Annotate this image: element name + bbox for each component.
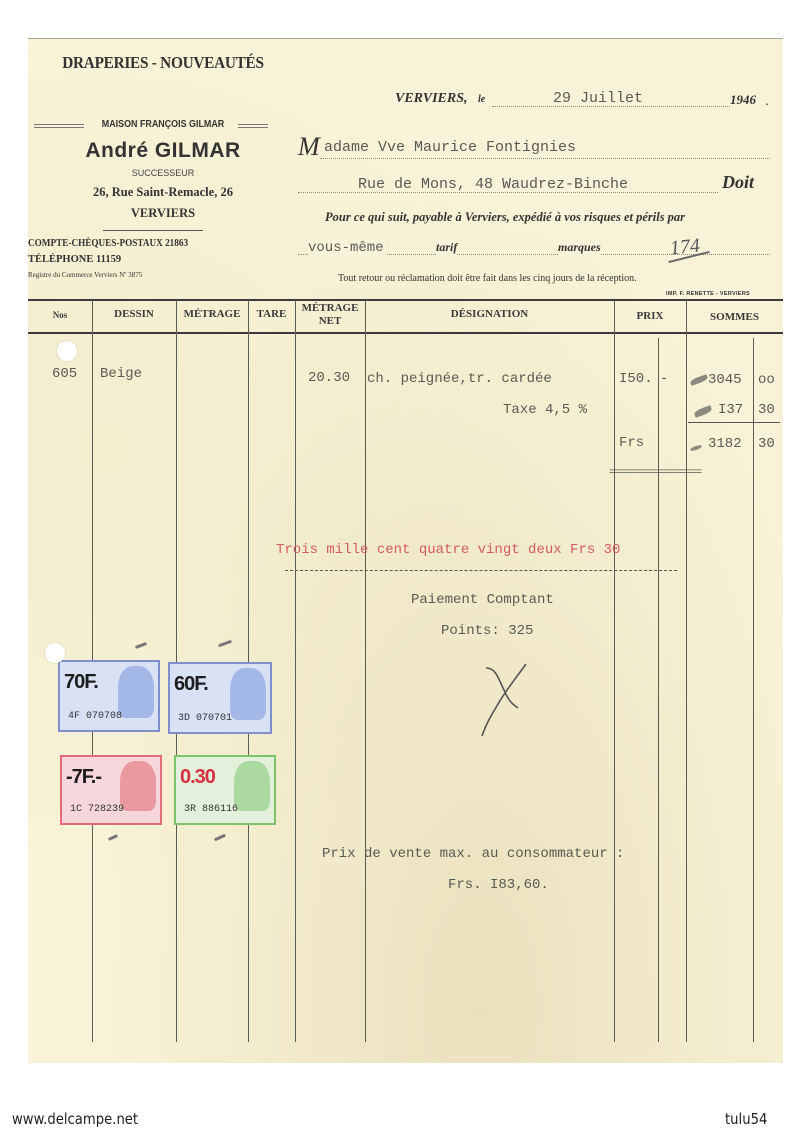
tax-sommes-cents: 30 [758, 402, 775, 418]
col-header-nos: Nos [28, 310, 92, 320]
total-label: Frs [619, 435, 644, 451]
shipping-via: vous-même [308, 240, 386, 256]
punch-hole [57, 341, 77, 361]
table-top-rule [28, 299, 783, 301]
successor-label: SUCCESSEUR [28, 168, 298, 178]
year-suffix: . [765, 92, 769, 108]
col-header-metrage: MÉTRAGE [176, 308, 248, 320]
revenue-stamp: 60F. 3D 070701 [168, 662, 272, 734]
stamp-value: 0.30 [180, 766, 215, 789]
doit-label: Doit [722, 172, 754, 193]
payment-method: Paiement Comptant [411, 592, 554, 608]
printer-credit: IMP. F. RENETTE - VERVIERS [666, 291, 750, 297]
divider [103, 230, 203, 231]
recipient-name: adame Vve Maurice Fontignies [324, 139, 576, 156]
col-divider [365, 300, 366, 1042]
recipient-address: Rue de Mons, 48 Waudrez-Binche [358, 176, 628, 193]
tax-label: Taxe 4,5 % [503, 402, 587, 418]
stamp-portrait-icon [230, 668, 266, 720]
invoice-year: 1946 [730, 92, 756, 108]
payment-terms: Pour ce qui suit, payable à Verviers, ex… [325, 210, 685, 225]
stamp-serial: 3R 886116 [184, 804, 238, 815]
letterhead-title: DRAPERIES - NOUVEAUTÉS [42, 53, 285, 73]
marques-label: marques [558, 240, 601, 255]
company-name: André GILMAR [28, 139, 298, 163]
cell-sommes: 3045 [708, 372, 742, 388]
stamp-portrait-icon [234, 761, 270, 811]
le-label: le [478, 94, 485, 105]
max-price-label: Prix de vente max. au consommateur : [322, 846, 624, 862]
col-divider [686, 300, 687, 1042]
stamp-serial: 4F 070708 [68, 711, 122, 722]
watermark-site: www.delcampe.net [12, 1110, 138, 1128]
tarif-label: tarif [436, 240, 457, 255]
col-subdivider [658, 338, 659, 1042]
stamp-portrait-icon [118, 666, 154, 718]
max-price-value: Frs. I83,60. [448, 877, 549, 893]
cell-sommes-cents: oo [758, 372, 775, 388]
punch-hole [45, 643, 65, 663]
tax-sommes: I37 [718, 402, 743, 418]
col-subdivider [753, 338, 754, 1042]
col-divider [614, 300, 615, 1042]
revenue-stamp: -7F.- 1C 728239 [60, 755, 162, 825]
handwritten-x-icon [470, 660, 540, 740]
commerce-register: Registre du Commerce Verviers Nº 3875 [28, 271, 142, 279]
divider [238, 124, 268, 125]
col-header-metrage-net: MÉTRAGE NET [295, 302, 365, 328]
company-address: 26, Rue Saint-Remacle, 26 [28, 185, 298, 200]
total-sommes-cents: 30 [758, 436, 775, 452]
revenue-stamp: 70F. 4F 070708 [58, 660, 160, 732]
words-underline [285, 570, 677, 571]
place-label: VERVIERS, [395, 91, 468, 107]
returns-notice: Tout retour ou réclamation doit être fai… [338, 273, 637, 284]
col-header-designation: DÉSIGNATION [365, 308, 614, 320]
stamp-value: 60F. [174, 673, 208, 696]
invoice-date: 29 Juillet [553, 90, 643, 107]
divider [238, 127, 268, 128]
col-header-dessin: DESSIN [92, 308, 176, 320]
col-header-tare: TARE [248, 308, 295, 320]
col-header-prix: PRIX [614, 310, 686, 322]
stamp-value: -7F.- [66, 766, 101, 789]
company-city: VERVIERS [28, 206, 298, 221]
recipient-initial: M [298, 132, 320, 162]
cell-nos: 605 [52, 366, 77, 382]
amount-in-words: Trois mille cent quatre vingt deux Frs 3… [276, 542, 620, 558]
revenue-stamp: 0.30 3R 886116 [174, 755, 276, 825]
subtotal-rule [688, 422, 780, 423]
recipient-line [320, 158, 770, 159]
stamp-serial: 1C 728239 [70, 804, 124, 815]
col-header-sommes: SOMMES [686, 311, 783, 323]
total-sommes: 3182 [708, 436, 742, 452]
cell-prix: I50. [619, 371, 653, 387]
cell-dessin: Beige [100, 366, 142, 382]
total-double-rule: ================== [609, 467, 701, 479]
cell-metrage-net: 20.30 [308, 370, 350, 386]
telephone: TÉLÉPHONE 11159 [28, 254, 121, 265]
cell-prix-cents: - [660, 371, 668, 387]
loyalty-points: Points: 325 [441, 623, 533, 639]
stamp-value: 70F. [64, 671, 98, 694]
cell-designation: ch. peignée,tr. cardée [367, 371, 552, 387]
stamp-serial: 3D 070701 [178, 713, 232, 724]
watermark-seller: tulu54 [725, 1110, 767, 1128]
table-header-rule [28, 332, 783, 334]
col-divider [295, 300, 296, 1042]
stamp-portrait-icon [120, 761, 156, 811]
postal-account: COMPTE-CHÈQUES-POSTAUX 21863 [28, 238, 188, 249]
